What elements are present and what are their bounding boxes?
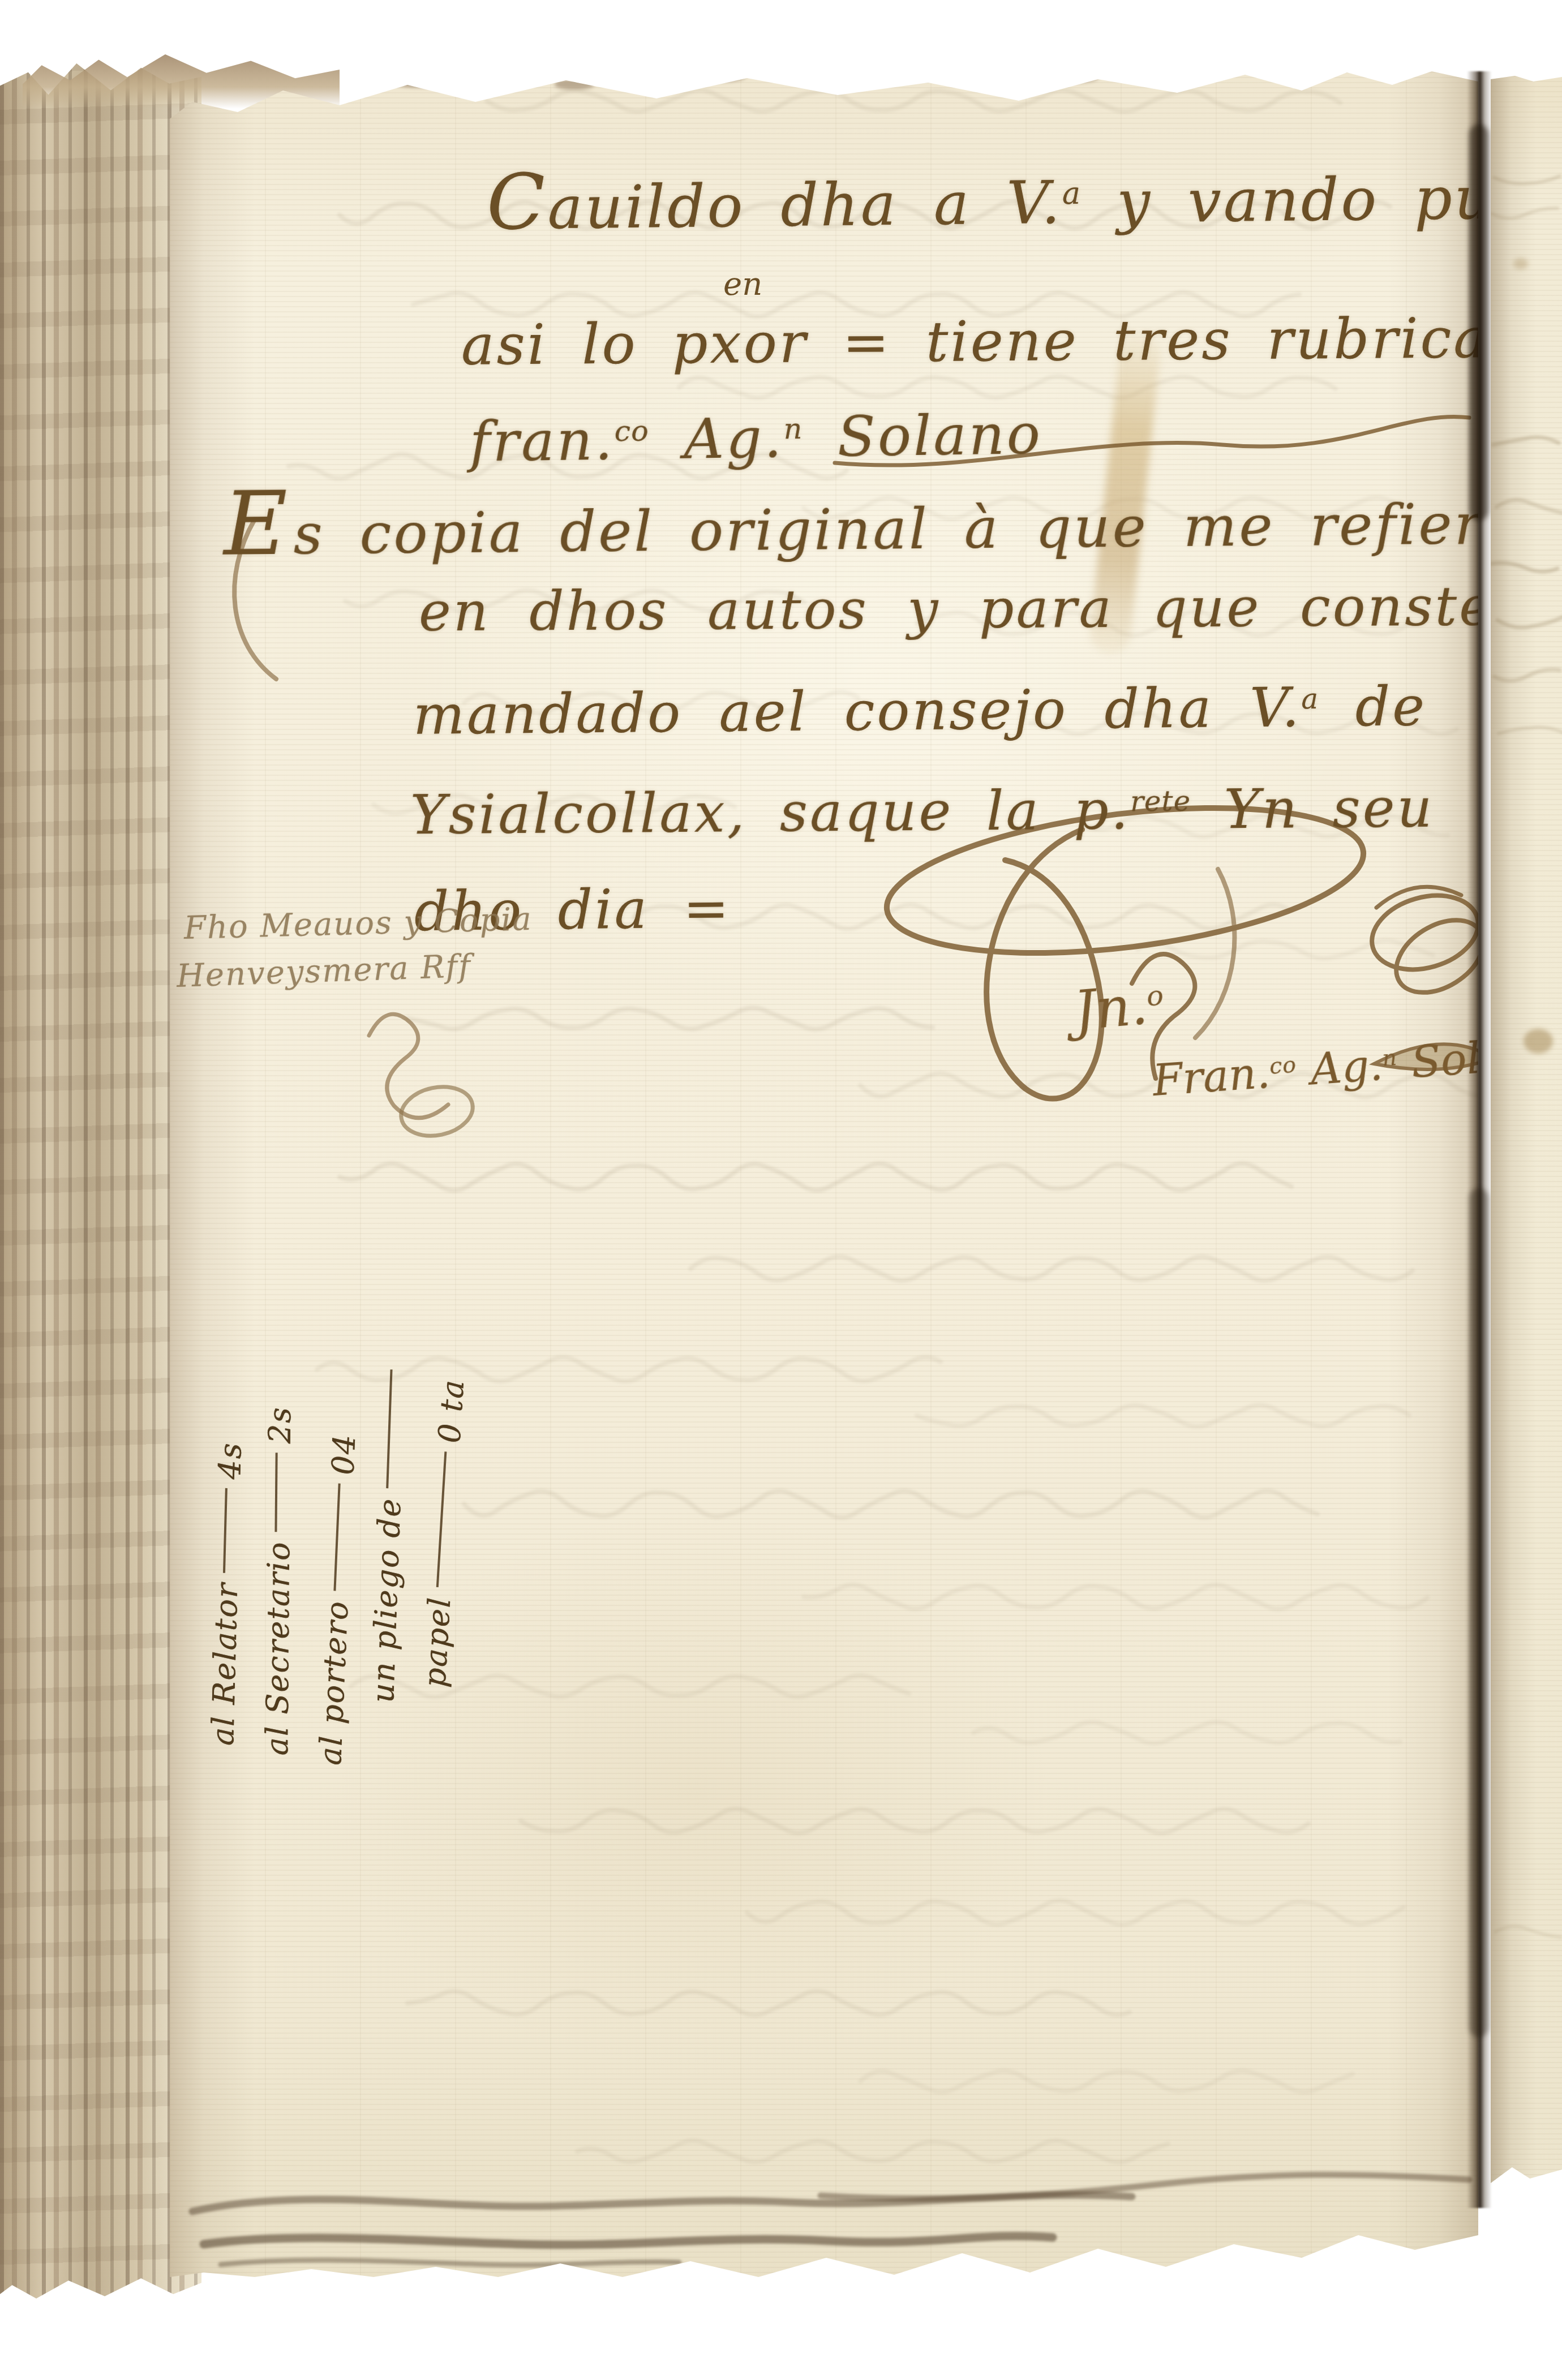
- paper-debris: [555, 79, 594, 89]
- heading-line-1: Cauildo dha a V.a y vando publicado: [486, 145, 1562, 247]
- body-line-4-cont: Yn seu: [1191, 776, 1435, 841]
- fee-leader-dash: [274, 1453, 277, 1532]
- gutter-shadow-segment: [1469, 1188, 1488, 2037]
- interlinear-superscript: en: [723, 266, 762, 303]
- margin-note-line-2: Henveysmera Rff: [176, 948, 472, 995]
- superscript: a: [1062, 175, 1081, 211]
- fee-leader-dash: [436, 1452, 447, 1588]
- superscript: o: [1145, 979, 1165, 1013]
- paper-texture: [1491, 76, 1562, 2192]
- gutter-shadow-segment: [1469, 124, 1488, 521]
- fee-label: un pliego de: [365, 1497, 408, 1704]
- ink-blot: [1524, 1029, 1553, 1054]
- body-line-4: Ysialcollax, saque la p.rete Yn seu: [410, 776, 1435, 847]
- name-abbrev: Ag.: [649, 406, 784, 472]
- fee-item-pliego-2: papel0 ta: [417, 1099, 494, 1689]
- superscript: n: [1381, 1044, 1398, 1071]
- signature-name-abbrev: Fran.: [1151, 1047, 1272, 1106]
- water-tide-marks: [170, 67, 1478, 2277]
- signature-initials-text: Jn.: [1072, 974, 1151, 1043]
- superscript: co: [614, 415, 649, 449]
- name-abbrev: fran.: [469, 408, 615, 475]
- fee-label: al Secretario: [259, 1541, 297, 1756]
- ink-blot: [1513, 258, 1528, 269]
- signature-initials: Jn.o: [1072, 973, 1168, 1043]
- fee-label: al Relator: [205, 1582, 245, 1746]
- name-surname: Solano: [803, 402, 1043, 470]
- paper-debris: [1053, 71, 1098, 83]
- superscript: a: [1301, 682, 1319, 715]
- fee-item-secretario: al Secretario2s: [259, 1167, 306, 1756]
- paper-debris: [389, 72, 453, 87]
- paper-debris: [695, 69, 746, 81]
- fee-amount: 4s: [212, 1441, 248, 1480]
- body-line-1: Es copia del original à que me refiero, …: [223, 458, 1562, 575]
- heading-line-2-text: asi lo pxor = tiene tres rubricas = D.: [461, 304, 1562, 377]
- body-line-3: mandado ael consejo dha V.a de: [413, 675, 1427, 747]
- signature-flourishes: [170, 67, 1478, 2277]
- paper-texture: [170, 67, 1478, 2277]
- fee-leader-dash: [386, 1370, 392, 1489]
- fee-label: al portero: [312, 1600, 355, 1766]
- facing-page-ghost-writing: [1491, 76, 1562, 2192]
- fee-amount: [377, 1360, 413, 1361]
- manuscript-scan: Cauildo dha a V.a y vando publicado en a…: [0, 0, 1562, 2380]
- fee-amount: 04: [325, 1433, 362, 1475]
- body-line-4-text: Ysialcollax, saque la p.: [410, 778, 1131, 847]
- fee-leader-dash: [333, 1484, 340, 1591]
- fee-item-relator: al Relator4s: [205, 1157, 262, 1746]
- facing-page-edge: [1491, 76, 1562, 2192]
- body-line-3-cont: de: [1319, 675, 1427, 739]
- fee-leader-dash: [223, 1488, 228, 1573]
- body-line-2: en dhos autos y para que conste lo: [419, 574, 1562, 644]
- superscript: rete: [1130, 785, 1191, 818]
- fee-amount: 0 ta: [431, 1378, 471, 1444]
- heading-line-3: fran.co Ag.n Solano: [469, 402, 1042, 475]
- heading-line-2: asi lo pxor = tiene tres rubricas = D.n: [461, 304, 1562, 378]
- superscript: n: [783, 413, 803, 446]
- body-line-1-text: Es copia del original à que me refiero, …: [224, 489, 1562, 568]
- manuscript-page: Cauildo dha a V.a y vando publicado en a…: [170, 67, 1478, 2277]
- heading-line-1-text: Cauildo dha a V.: [487, 168, 1063, 243]
- fee-label: papel: [417, 1596, 458, 1689]
- body-line-3-text: mandado ael consejo dha V.: [413, 676, 1302, 747]
- signature-name-mid: Ag.: [1295, 1039, 1385, 1096]
- fee-amount: 2s: [262, 1406, 298, 1444]
- bleedthrough-ghost-writing: [170, 67, 1478, 2277]
- superscript: co: [1268, 1051, 1297, 1079]
